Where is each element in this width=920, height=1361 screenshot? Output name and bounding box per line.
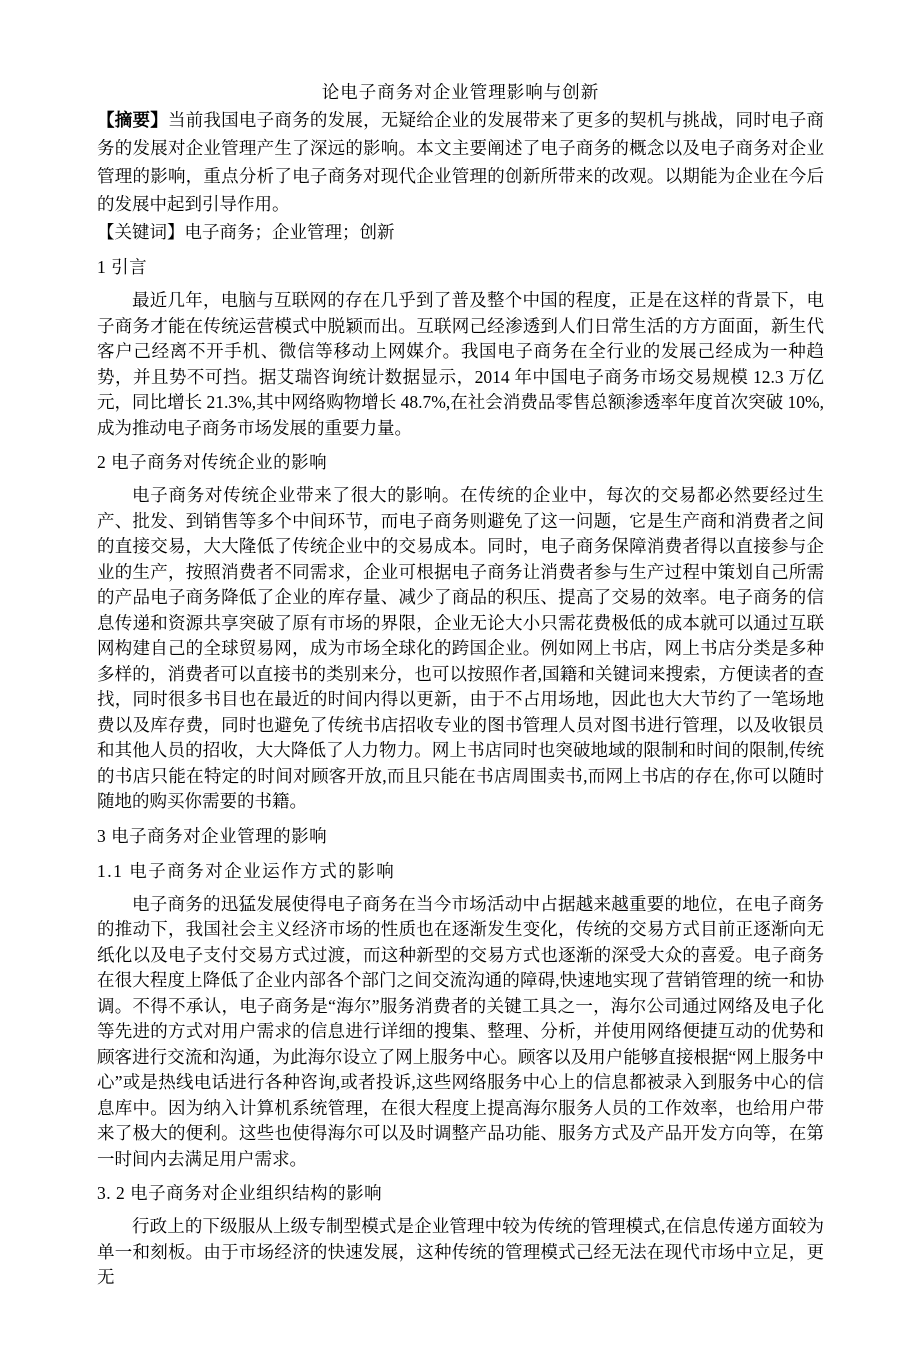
document-title: 论电子商务对企业管理影响与创新	[97, 78, 824, 106]
subsection-heading-operation-mode: 1.1 电子商务对企业运作方式的影响	[97, 857, 824, 885]
section-heading-impact-on-enterprise-management: 3 电子商务对企业管理的影响	[97, 822, 824, 850]
section-heading-introduction: 1 引言	[97, 253, 824, 281]
traditional-enterprises-paragraph: 电子商务对传统企业带来了很大的影响。在传统的企业中，每次的交易都必然要经过生产、…	[97, 483, 824, 815]
abstract-text: 当前我国电子商务的发展，无疑给企业的发展带来了更多的契机与挑战，同时电子商务的发…	[97, 110, 824, 214]
subsection-heading-organization-structure: 3. 2 电子商务对企业组织结构的影响	[97, 1179, 824, 1207]
section-heading-impact-on-traditional-enterprises: 2 电子商务对传统企业的影响	[97, 448, 824, 476]
keywords-label: 【关键词】	[97, 222, 185, 242]
organization-structure-paragraph: 行政上的下级服从上级专制型模式是企业管理中较为传统的管理模式,在信息传递方面较为…	[97, 1214, 824, 1291]
keywords-text: 电子商务；企业管理；创新	[185, 222, 395, 242]
abstract-label: 【摘要】	[97, 110, 168, 130]
introduction-paragraph: 最近几年，电脑与互联网的存在几乎到了普及整个中国的程度，正是在这样的背景下，电子…	[97, 288, 824, 441]
keywords-paragraph: 【关键词】电子商务；企业管理；创新	[97, 218, 824, 246]
document-page: 论电子商务对企业管理影响与创新 【摘要】当前我国电子商务的发展，无疑给企业的发展…	[0, 0, 920, 1361]
operation-mode-paragraph: 电子商务的迅猛发展使得电子商务在当今市场活动中占据越来越重要的地位，在电子商务的…	[97, 892, 824, 1173]
abstract-paragraph: 【摘要】当前我国电子商务的发展，无疑给企业的发展带来了更多的契机与挑战，同时电子…	[97, 106, 824, 218]
